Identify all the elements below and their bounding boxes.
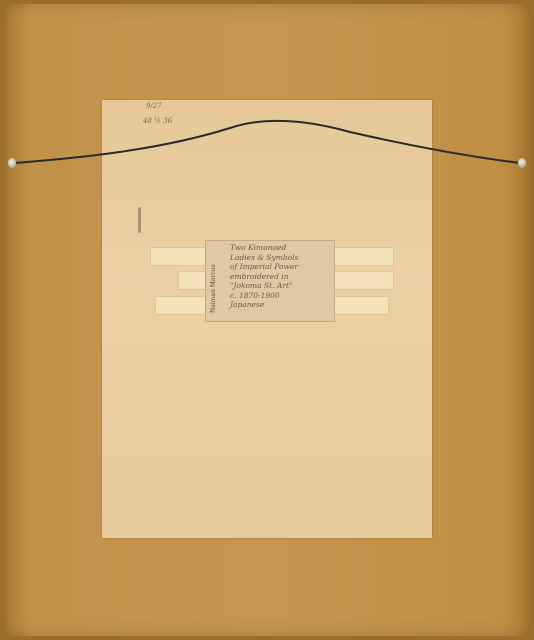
right-screw-eye-icon [518, 158, 526, 168]
left-screw-eye-icon [8, 158, 16, 168]
hanging-wire [0, 0, 534, 640]
frame-backing-board: 9/27 48 ½ 36 Neiman Marcus Two Kimonoed … [0, 0, 534, 640]
